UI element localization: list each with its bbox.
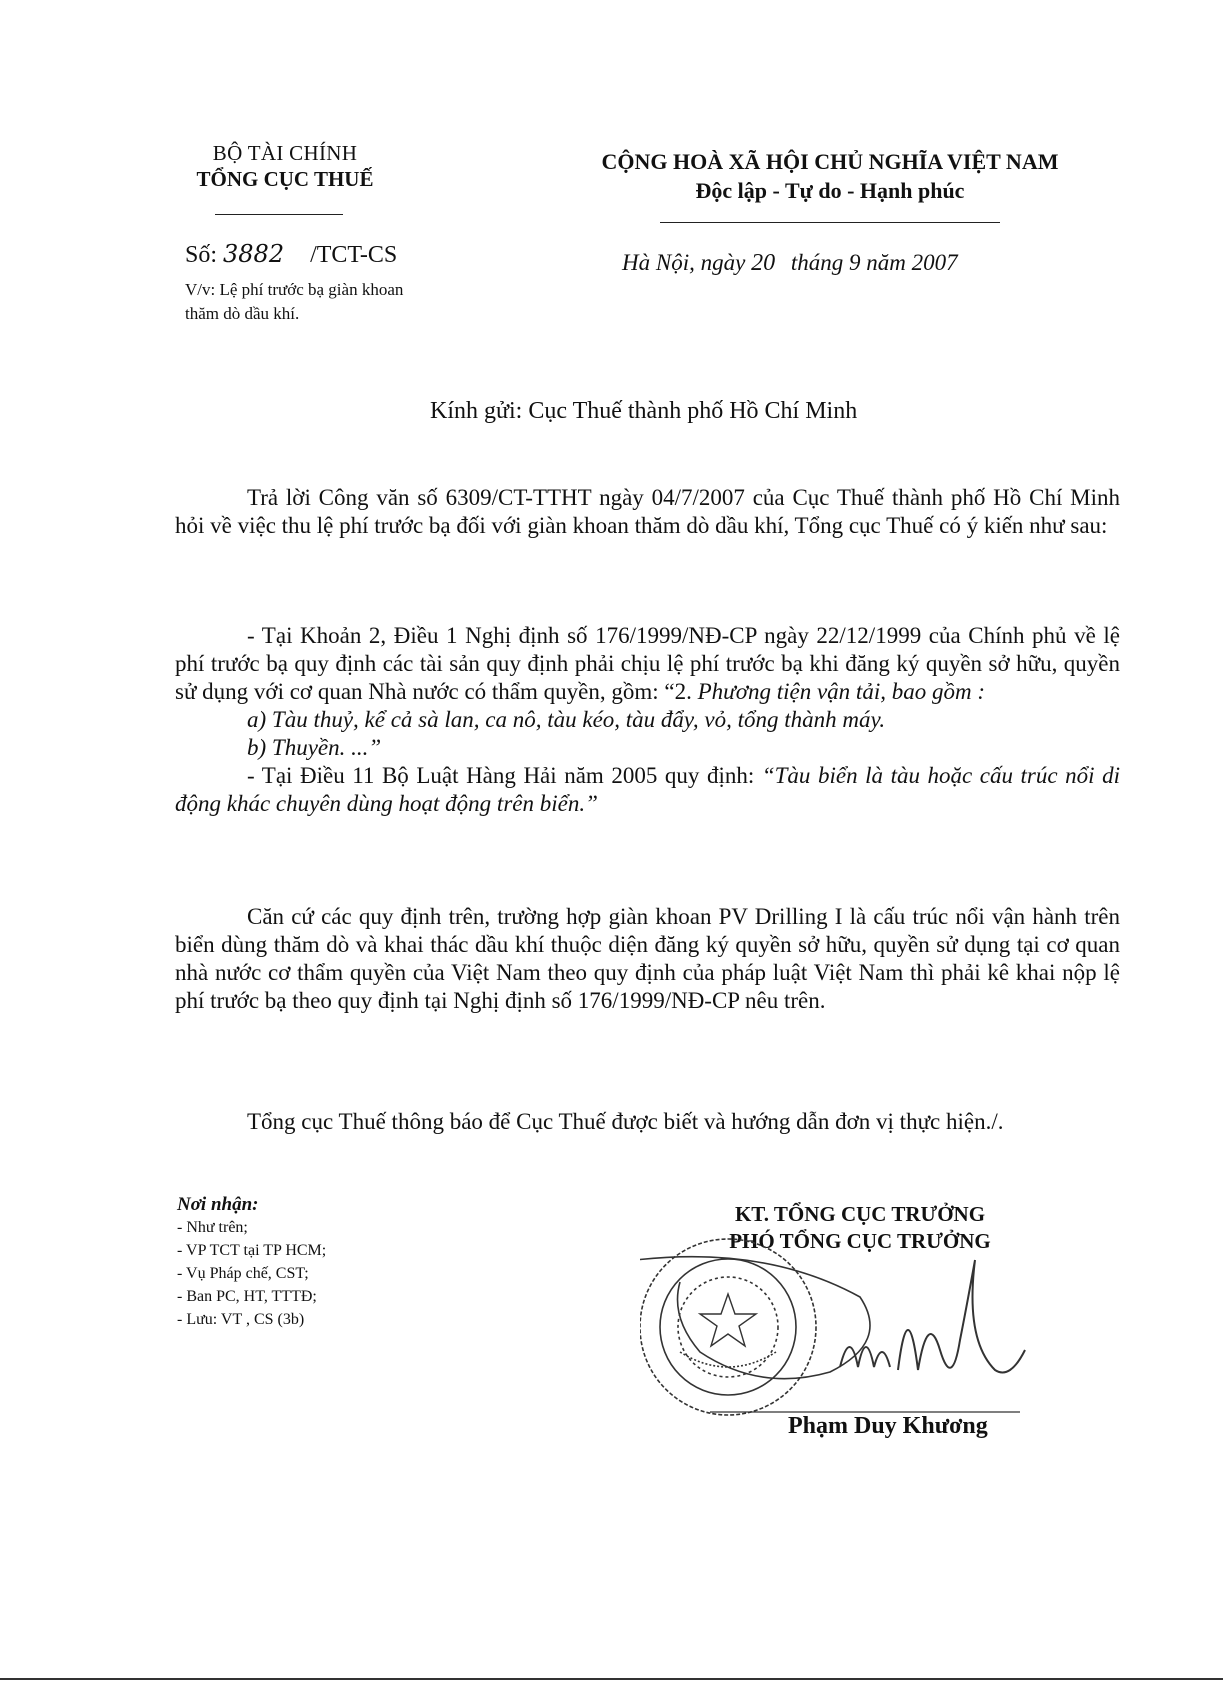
subject-line-1: V/v: Lệ phí trước bạ giàn khoan [185,278,505,302]
doc-number-suffix: /TCT-CS [310,242,397,268]
decree-quote: Phương tiện vận tải, bao gồm : [698,679,985,704]
nation-title: CỘNG HOÀ XÃ HỘI CHỦ NGHĨA VIỆT NAM [560,148,1100,176]
department-name: TỔNG CỤC THUẾ [160,166,410,192]
issuer-underline [215,214,343,215]
recipient-item: - Như trên; [177,1216,326,1239]
legal-basis-block: - Tại Khoản 2, Điều 1 Nghị định số 176/1… [175,622,1120,818]
date-day-handwritten: 20 [751,250,775,276]
signer-name: Phạm Duy Khương [788,1413,988,1440]
motto-underline [660,222,1000,223]
recipient-item: - VP TCT tại TP HCM; [177,1239,326,1262]
item-a: a) Tàu thuỷ, kể cả sà lan, ca nô, tàu ké… [175,706,1120,734]
date-suffix: tháng 9 năm 2007 [791,250,958,275]
subject-line-2: thăm dò dầu khí. [185,302,505,326]
national-header: CỘNG HOÀ XÃ HỘI CHỦ NGHĨA VIỆT NAM Độc l… [560,148,1100,206]
recipient-item: - Lưu: VT , CS (3b) [177,1308,326,1331]
paragraph-closing: Tổng cục Thuế thông báo để Cục Thuế được… [175,1108,1120,1136]
ministry-name: BỘ TÀI CHÍNH [160,140,410,166]
paragraph-maritime-law: - Tại Điều 11 Bộ Luật Hàng Hải năm 2005 … [175,762,1120,818]
item-b: b) Thuyền. ...” [175,734,1120,762]
document-number: Số:3882/TCT-CS [185,240,397,269]
paragraph-conclusion: Căn cứ các quy định trên, trường hợp già… [175,903,1120,1015]
issue-date: Hà Nội, ngày 20 tháng 9 năm 2007 [622,250,958,277]
recipient-item: - Ban PC, HT, TTTĐ; [177,1285,326,1308]
doc-number-handwritten: 3882 [223,240,284,268]
date-prefix: Hà Nội, ngày [622,250,745,275]
subject: V/v: Lệ phí trước bạ giàn khoan thăm dò … [185,278,505,326]
national-motto: Độc lập - Tự do - Hạnh phúc [560,176,1100,206]
official-stamp-and-signature-icon [640,1222,1080,1442]
paragraph-reply: Trả lời Công văn số 6309/CT-TTHT ngày 04… [175,484,1120,540]
addressee: Kính gửi: Cục Thuế thành phố Hồ Chí Minh [430,398,857,425]
doc-number-label: Số: [185,242,217,268]
recipient-item: - Vụ Pháp chế, CST; [177,1262,326,1285]
recipients-title: Nơi nhận: [177,1193,326,1216]
page-bottom-edge [0,1678,1223,1680]
paragraph-decree: - Tại Khoản 2, Điều 1 Nghị định số 176/1… [175,622,1120,706]
issuer-block: BỘ TÀI CHÍNH TỔNG CỤC THUẾ [160,140,410,192]
maritime-text: - Tại Điều 11 Bộ Luật Hàng Hải năm 2005 … [247,763,762,788]
recipients-list: Nơi nhận: - Như trên; - VP TCT tại TP HC… [177,1193,326,1331]
